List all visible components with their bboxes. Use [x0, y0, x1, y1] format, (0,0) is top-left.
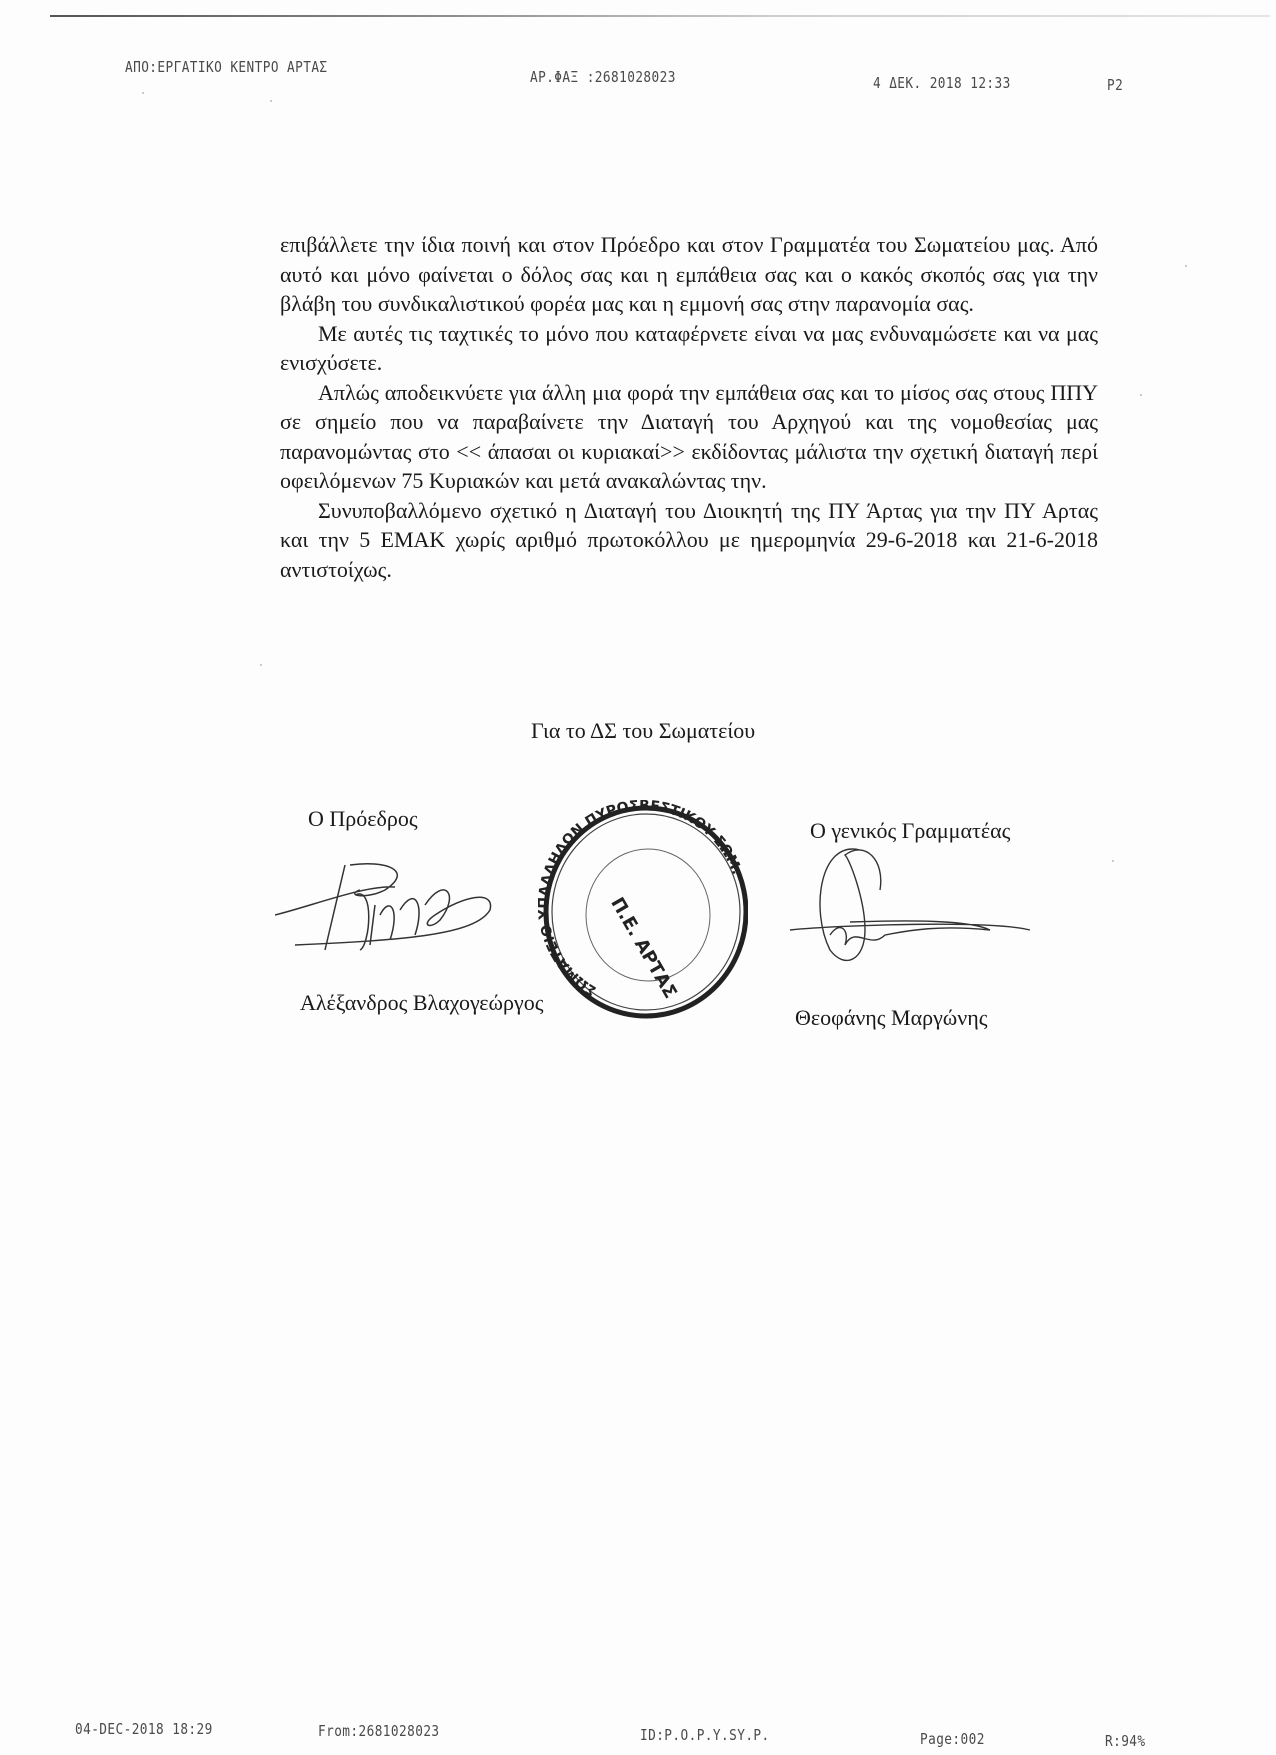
svg-text:Π.Ε. ΑΡΤΑΣ: Π.Ε. ΑΡΤΑΣ [606, 894, 681, 1002]
fax-header-datetime: 4 ΔΕΚ. 2018 12:33 [873, 74, 1011, 92]
president-title: Ο Πρόεδρος [308, 806, 418, 832]
secretary-signature [790, 830, 1040, 980]
president-signature [275, 855, 505, 955]
closing-line: Για το ΔΣ του Σωματείου [531, 718, 755, 744]
paragraph-4: Συνυποβαλλόμενο σχετικό η Διαταγή του Δι… [280, 496, 1098, 585]
fax-footer-ratio: R:94% [1105, 1732, 1146, 1750]
fax-footer-from: From:2681028023 [318, 1722, 440, 1740]
president-name: Αλέξανδρος Βλαχογεώργος [300, 990, 543, 1016]
scan-speck [1140, 394, 1142, 396]
scan-speck [142, 92, 144, 94]
paragraph-3: Απλώς αποδεικνύετε για άλλη μια φορά την… [280, 378, 1098, 496]
scan-top-edge [50, 15, 1270, 17]
paragraph-2: Με αυτές τις ταχτικές το μόνο που καταφέ… [280, 319, 1098, 378]
scan-speck [270, 100, 272, 102]
letter-body: επιβάλλετε την ίδια ποινή και στον Πρόεδ… [280, 230, 1098, 584]
fax-footer-page: Page:002 [920, 1730, 985, 1748]
scan-speck [1185, 265, 1187, 267]
paragraph-1: επιβάλλετε την ίδια ποινή και στον Πρόεδ… [280, 230, 1098, 319]
secretary-name: Θεοφάνης Μαργώνης [795, 1005, 987, 1031]
scan-speck [260, 664, 262, 666]
fax-header-sender: ΑΠΟ:ΕΡΓΑΤΙΚΟ ΚΕΝΤΡΟ ΑΡΤΑΣ [125, 58, 328, 76]
fax-header-page: P2 [1107, 76, 1123, 94]
union-seal-stamp: ΣΩΜΑΤΕΙΟ ΥΠΑΛΛΗΛΩΝ ΠΥΡΟΣΒΕΣΤΙΚΟΥ ΣΩΜ. Π.… [538, 800, 748, 1025]
scan-speck [1112, 860, 1114, 862]
fax-footer-id: ID:P.O.P.Y.SY.P. [640, 1726, 770, 1744]
fax-header-number: ΑΡ.ΦΑΞ :2681028023 [530, 68, 676, 86]
svg-text:ΣΩΜΑΤΕΙΟ ΥΠΑΛΛΗΛΩΝ ΠΥΡΟΣΒΕΣΤΙΚ: ΣΩΜΑΤΕΙΟ ΥΠΑΛΛΗΛΩΝ ΠΥΡΟΣΒΕΣΤΙΚΟΥ ΣΩΜ. [538, 800, 745, 999]
fax-footer-received: 04-DEC-2018 18:29 [75, 1720, 213, 1738]
